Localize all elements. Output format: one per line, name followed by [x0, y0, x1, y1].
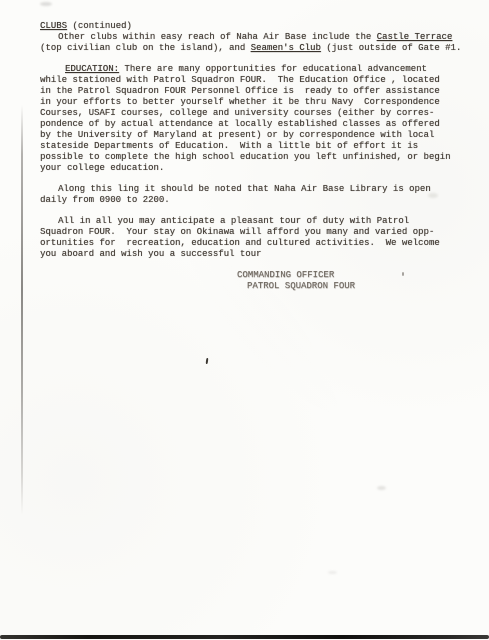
underlined-text: EDUCATION:: [65, 64, 119, 74]
text-segment: All in all you may anticipate a pleasant…: [58, 216, 409, 226]
text-segment: Courses, USAFI courses, college and univ…: [40, 108, 434, 118]
scan-artifact-stray-mark: [206, 358, 209, 364]
signature-block: COMMANDING OFFICER PATROL SQUADRON FOUR: [40, 270, 474, 292]
text-segment: There are many opportunities for educati…: [119, 64, 427, 74]
text-segment: (continued): [67, 21, 132, 31]
scanned-document-page: CLUBS (continued)Other clubs within easy…: [0, 0, 489, 640]
scan-artifact-bottom-edge: [0, 635, 489, 639]
text-segment: possible to complete the high school edu…: [40, 152, 450, 162]
text-line: All in all you may anticipate a pleasant…: [40, 216, 474, 227]
paragraph: CLUBS (continued)Other clubs within easy…: [40, 21, 474, 54]
text-segment: by the University of Maryland at present…: [40, 130, 434, 140]
text-line: Courses, USAFI courses, college and univ…: [40, 108, 474, 119]
text-segment: in your efforts to better yourself wheth…: [40, 97, 440, 107]
text-line: you aboard and wish you a successful tou…: [40, 249, 474, 260]
text-segment: (just outside of Gate #1.: [321, 43, 461, 53]
text-segment: stateside Departments of Education. With…: [40, 141, 418, 151]
paragraph: All in all you may anticipate a pleasant…: [40, 216, 474, 260]
underlined-text: Seamen's Club: [251, 43, 321, 53]
scan-artifact-smudge: [40, 2, 52, 6]
text-line: Squadron FOUR. Your stay on Okinawa will…: [40, 227, 474, 238]
underlined-text: CLUBS: [40, 21, 67, 31]
paragraph: EDUCATION: There are many opportunities …: [40, 64, 474, 174]
text-line: Along this ling it should be noted that …: [40, 184, 474, 195]
text-line: pondence of by actual attendance at loca…: [40, 119, 474, 130]
text-line: CLUBS (continued): [40, 21, 474, 32]
text-line: by the University of Maryland at present…: [40, 130, 474, 141]
text-line: EDUCATION: There are many opportunities …: [40, 64, 474, 75]
text-segment: daily from 0900 to 2200.: [40, 195, 170, 205]
text-line: possible to complete the high school edu…: [40, 152, 474, 163]
text-segment: your college education.: [40, 163, 164, 173]
scan-artifact-left-fold-line: [21, 105, 23, 515]
scan-artifact-smudge: [377, 486, 386, 490]
document-body: CLUBS (continued)Other clubs within easy…: [40, 21, 474, 302]
text-line: ortunities for recreation, education and…: [40, 238, 474, 249]
signature-title: COMMANDING OFFICER: [237, 270, 474, 281]
text-segment: Other clubs within easy reach of Naha Ai…: [58, 32, 377, 42]
text-segment: while stationed with Patrol Squadron FOU…: [40, 75, 440, 85]
text-line: daily from 0900 to 2200.: [40, 195, 474, 206]
text-line: Other clubs within easy reach of Naha Ai…: [40, 32, 474, 43]
scan-artifact-smudge: [328, 571, 337, 574]
text-line: in the Patrol Squadron FOUR Personnel Of…: [40, 86, 474, 97]
text-segment: Squadron FOUR. Your stay on Okinawa will…: [40, 227, 434, 237]
text-line: (top civilian club on the island), and S…: [40, 43, 474, 54]
underlined-text: Castle Terrace: [377, 32, 453, 42]
text-segment: in the Patrol Squadron FOUR Personnel Of…: [40, 86, 440, 96]
text-line: in your efforts to better yourself wheth…: [40, 97, 474, 108]
signature-unit: PATROL SQUADRON FOUR: [247, 281, 474, 292]
text-segment: you aboard and wish you a successful tou…: [40, 249, 261, 259]
text-segment: ortunities for recreation, education and…: [40, 238, 440, 248]
text-line: your college education.: [40, 163, 474, 174]
text-segment: pondence of by actual attendance at loca…: [40, 119, 440, 129]
paragraph: Along this ling it should be noted that …: [40, 184, 474, 206]
text-segment: Along this ling it should be noted that …: [58, 184, 431, 194]
text-segment: (top civilian club on the island), and: [40, 43, 251, 53]
text-line: while stationed with Patrol Squadron FOU…: [40, 75, 474, 86]
text-line: stateside Departments of Education. With…: [40, 141, 474, 152]
